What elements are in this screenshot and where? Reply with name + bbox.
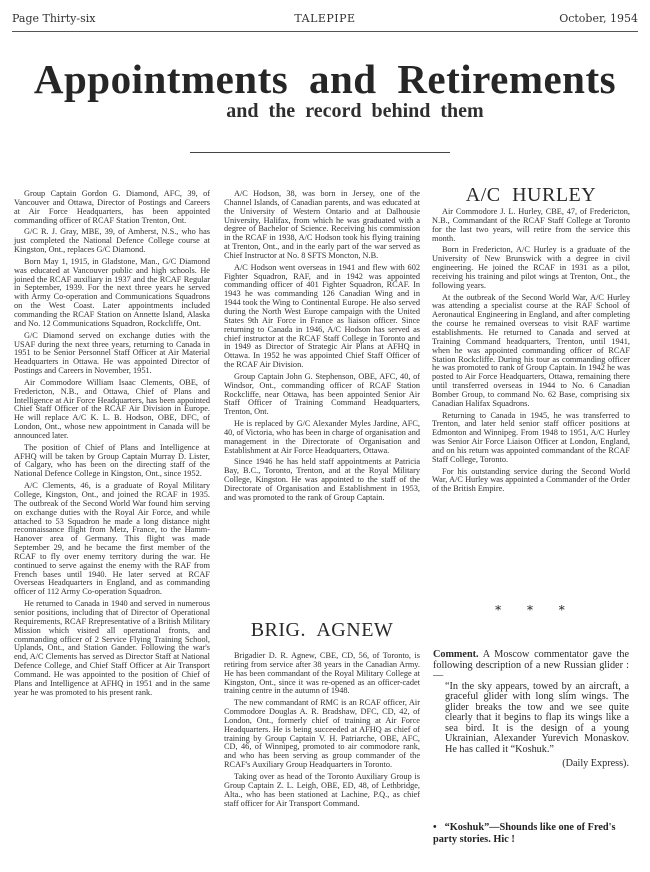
paragraph: A/C Hodson went overseas in 1941 and fle… [224,264,420,370]
article-subtitle: and the record behind them [0,100,650,123]
paragraph: A/C Hodson, 38, was born in Jersey, one … [224,190,420,261]
column-2: A/C Hodson, 38, was born in Jersey, one … [224,190,420,506]
header-divider [12,31,638,32]
column-rule-center [210,152,450,153]
paragraph: Air Commodore William Isaac Clements, OB… [14,379,210,441]
paragraph: For his outstanding service during the S… [432,468,630,495]
bullet-icon: • [433,822,437,833]
quip: •“Koshuk”—Shounds like one of Fred's par… [433,822,629,846]
paragraph: The new commandant of RMC is an RCAF off… [224,699,420,770]
paragraph: The position of Chief of Plans and Intel… [14,444,210,479]
paragraph: Returning to Canada in 1945, he was tran… [432,412,630,465]
section-heading-agnew: BRIG. AGNEW [224,619,420,641]
paragraph: Brigadier D. R. Agnew, CBE, CD, 56, of T… [224,652,420,696]
column-rule-left [190,152,210,153]
article-title: Appointments and Retirements [0,55,650,103]
comment-lead: Comment. [433,649,479,660]
column-1: Group Captain Gordon G. Diamond, AFC, 39… [14,190,210,700]
asterism-separator: * * * [432,603,630,617]
paragraph: G/C R. J. Gray, MBE, 39, of Amherst, N.S… [14,228,210,255]
paragraph: Air Commodore J. L. Hurley, CBE, 47, of … [432,208,630,243]
paragraph: Born in Fredericton, A/C Hurley is a gra… [432,246,630,290]
section-heading-hurley: A/C HURLEY [432,184,630,206]
paragraph: Born May 1, 1915, in Gladstone, Man., G/… [14,258,210,329]
paragraph: Since 1946 he has held staff appointment… [224,458,420,502]
paragraph: At the outbreak of the Second World War,… [432,294,630,409]
paragraph: A/C Clements, 46, is a graduate of Royal… [14,482,210,597]
quip-text: “Koshuk”—Shounds like one of Fred's part… [433,822,616,845]
paragraph: He returned to Canada in 1940 and served… [14,600,210,697]
comment-source: (Daily Express). [433,759,629,770]
comment-quote: “In the sky appears, towed by an aircraf… [433,682,629,756]
paragraph: Group Captain John G. Stephenson, OBE, A… [224,373,420,417]
agnew-section: Brigadier D. R. Agnew, CBE, CD, 56, of T… [224,652,420,811]
paragraph: G/C Diamond served on exchange duties wi… [14,332,210,376]
paragraph: He is replaced by G/C Alexander Myles Ja… [224,420,420,455]
paragraph: Taking over as head of the Toronto Auxil… [224,773,420,808]
issue-date: October, 1954 [559,12,638,25]
publication-name: TALEPIPE [12,12,638,25]
page-header: Page Thirty-six TALEPIPE October, 1954 [12,8,638,30]
hurley-section: Air Commodore J. L. Hurley, CBE, 47, of … [432,208,630,497]
paragraph: Group Captain Gordon G. Diamond, AFC, 39… [14,190,210,225]
comment-box: Comment. A Moscow commentator gave the f… [433,650,629,770]
